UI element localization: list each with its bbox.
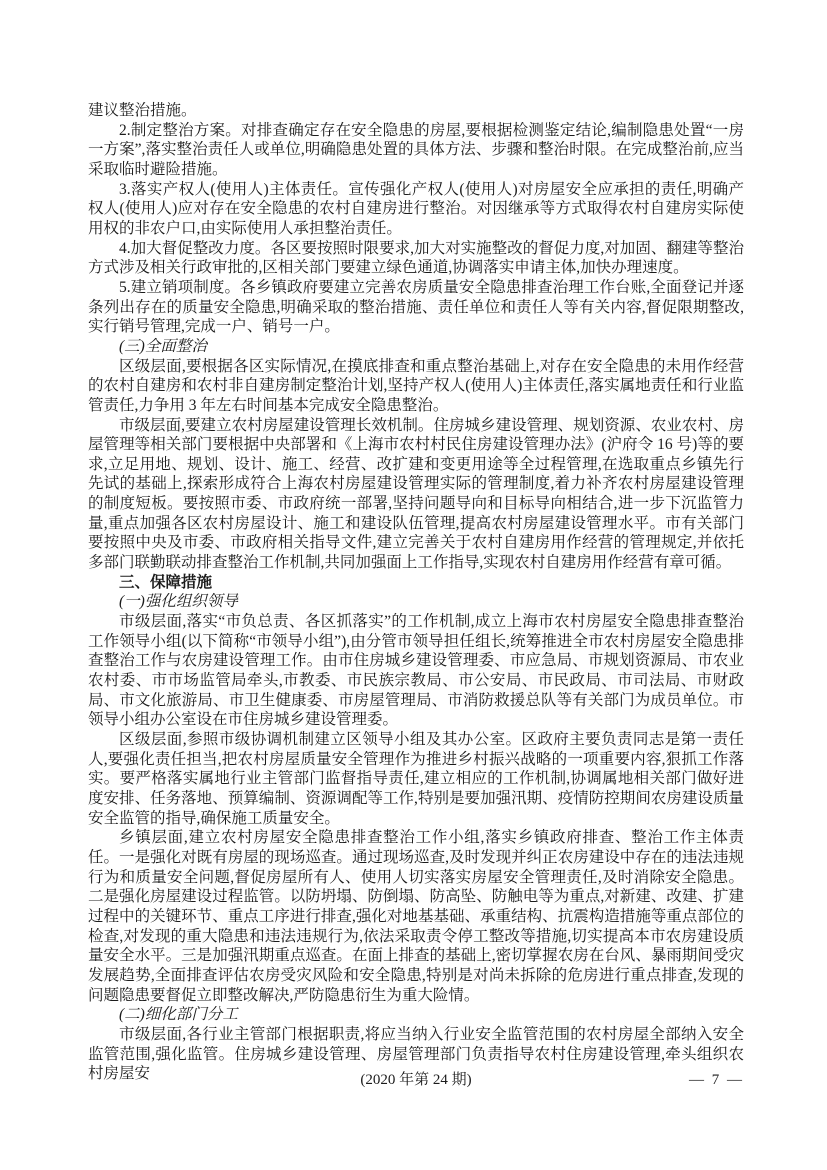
subsection-heading: (二)细化部门分工 [88, 1005, 744, 1025]
paragraph: 2.制定整治方案。对排查确定存在安全隐患的房屋,要根据检测鉴定结论,编制隐患处置… [88, 121, 744, 180]
page-footer: (2020 年第 24 期) — 7 — [88, 1071, 744, 1090]
section-heading: 三、保障措施 [88, 573, 744, 593]
paragraph: 5.建立销项制度。各乡镇政府要建立完善农房质量安全隐患排查治理工作台账,全面登记… [88, 278, 744, 337]
paragraph: 乡镇层面,建立农村房屋安全隐患排查整治工作小组,落实乡镇政府排查、整治工作主体责… [88, 828, 744, 1005]
paragraph-continuation: 建议整治措施。 [88, 101, 744, 121]
issue-label: (2020 年第 24 期) [88, 1071, 744, 1090]
paragraph: 市级层面,要建立农村房屋建设管理长效机制。住房城乡建设管理、规划资源、农业农村、… [88, 416, 744, 573]
paragraph: 区级层面,要根据各区实际情况,在摸底排查和重点整治基础上,对存在安全隐患的未用作… [88, 357, 744, 416]
paragraph: 市级层面,落实“市负总责、各区抓落实”的工作机制,成立上海市农村房屋安全隐患排查… [88, 612, 744, 730]
paragraph: 区级层面,参照市级协调机制建立区领导小组及其办公室。区政府主要负责同志是第一责任… [88, 730, 744, 828]
page-number: — 7 — [689, 1071, 744, 1090]
paragraph: 3.落实产权人(使用人)主体责任。宣传强化产权人(使用人)对房屋安全应承担的责任… [88, 180, 744, 239]
document-body: 建议整治措施。 2.制定整治方案。对排查确定存在安全隐患的房屋,要根据检测鉴定结… [88, 101, 744, 1084]
document-page: 建议整治措施。 2.制定整治方案。对排查确定存在安全隐患的房屋,要根据检测鉴定结… [0, 0, 827, 1170]
paragraph: 4.加大督促整改力度。各区要按照时限要求,加大对实施整改的督促力度,对加固、翻建… [88, 239, 744, 278]
subsection-heading: (三)全面整治 [88, 337, 744, 357]
subsection-heading: (一)强化组织领导 [88, 592, 744, 612]
